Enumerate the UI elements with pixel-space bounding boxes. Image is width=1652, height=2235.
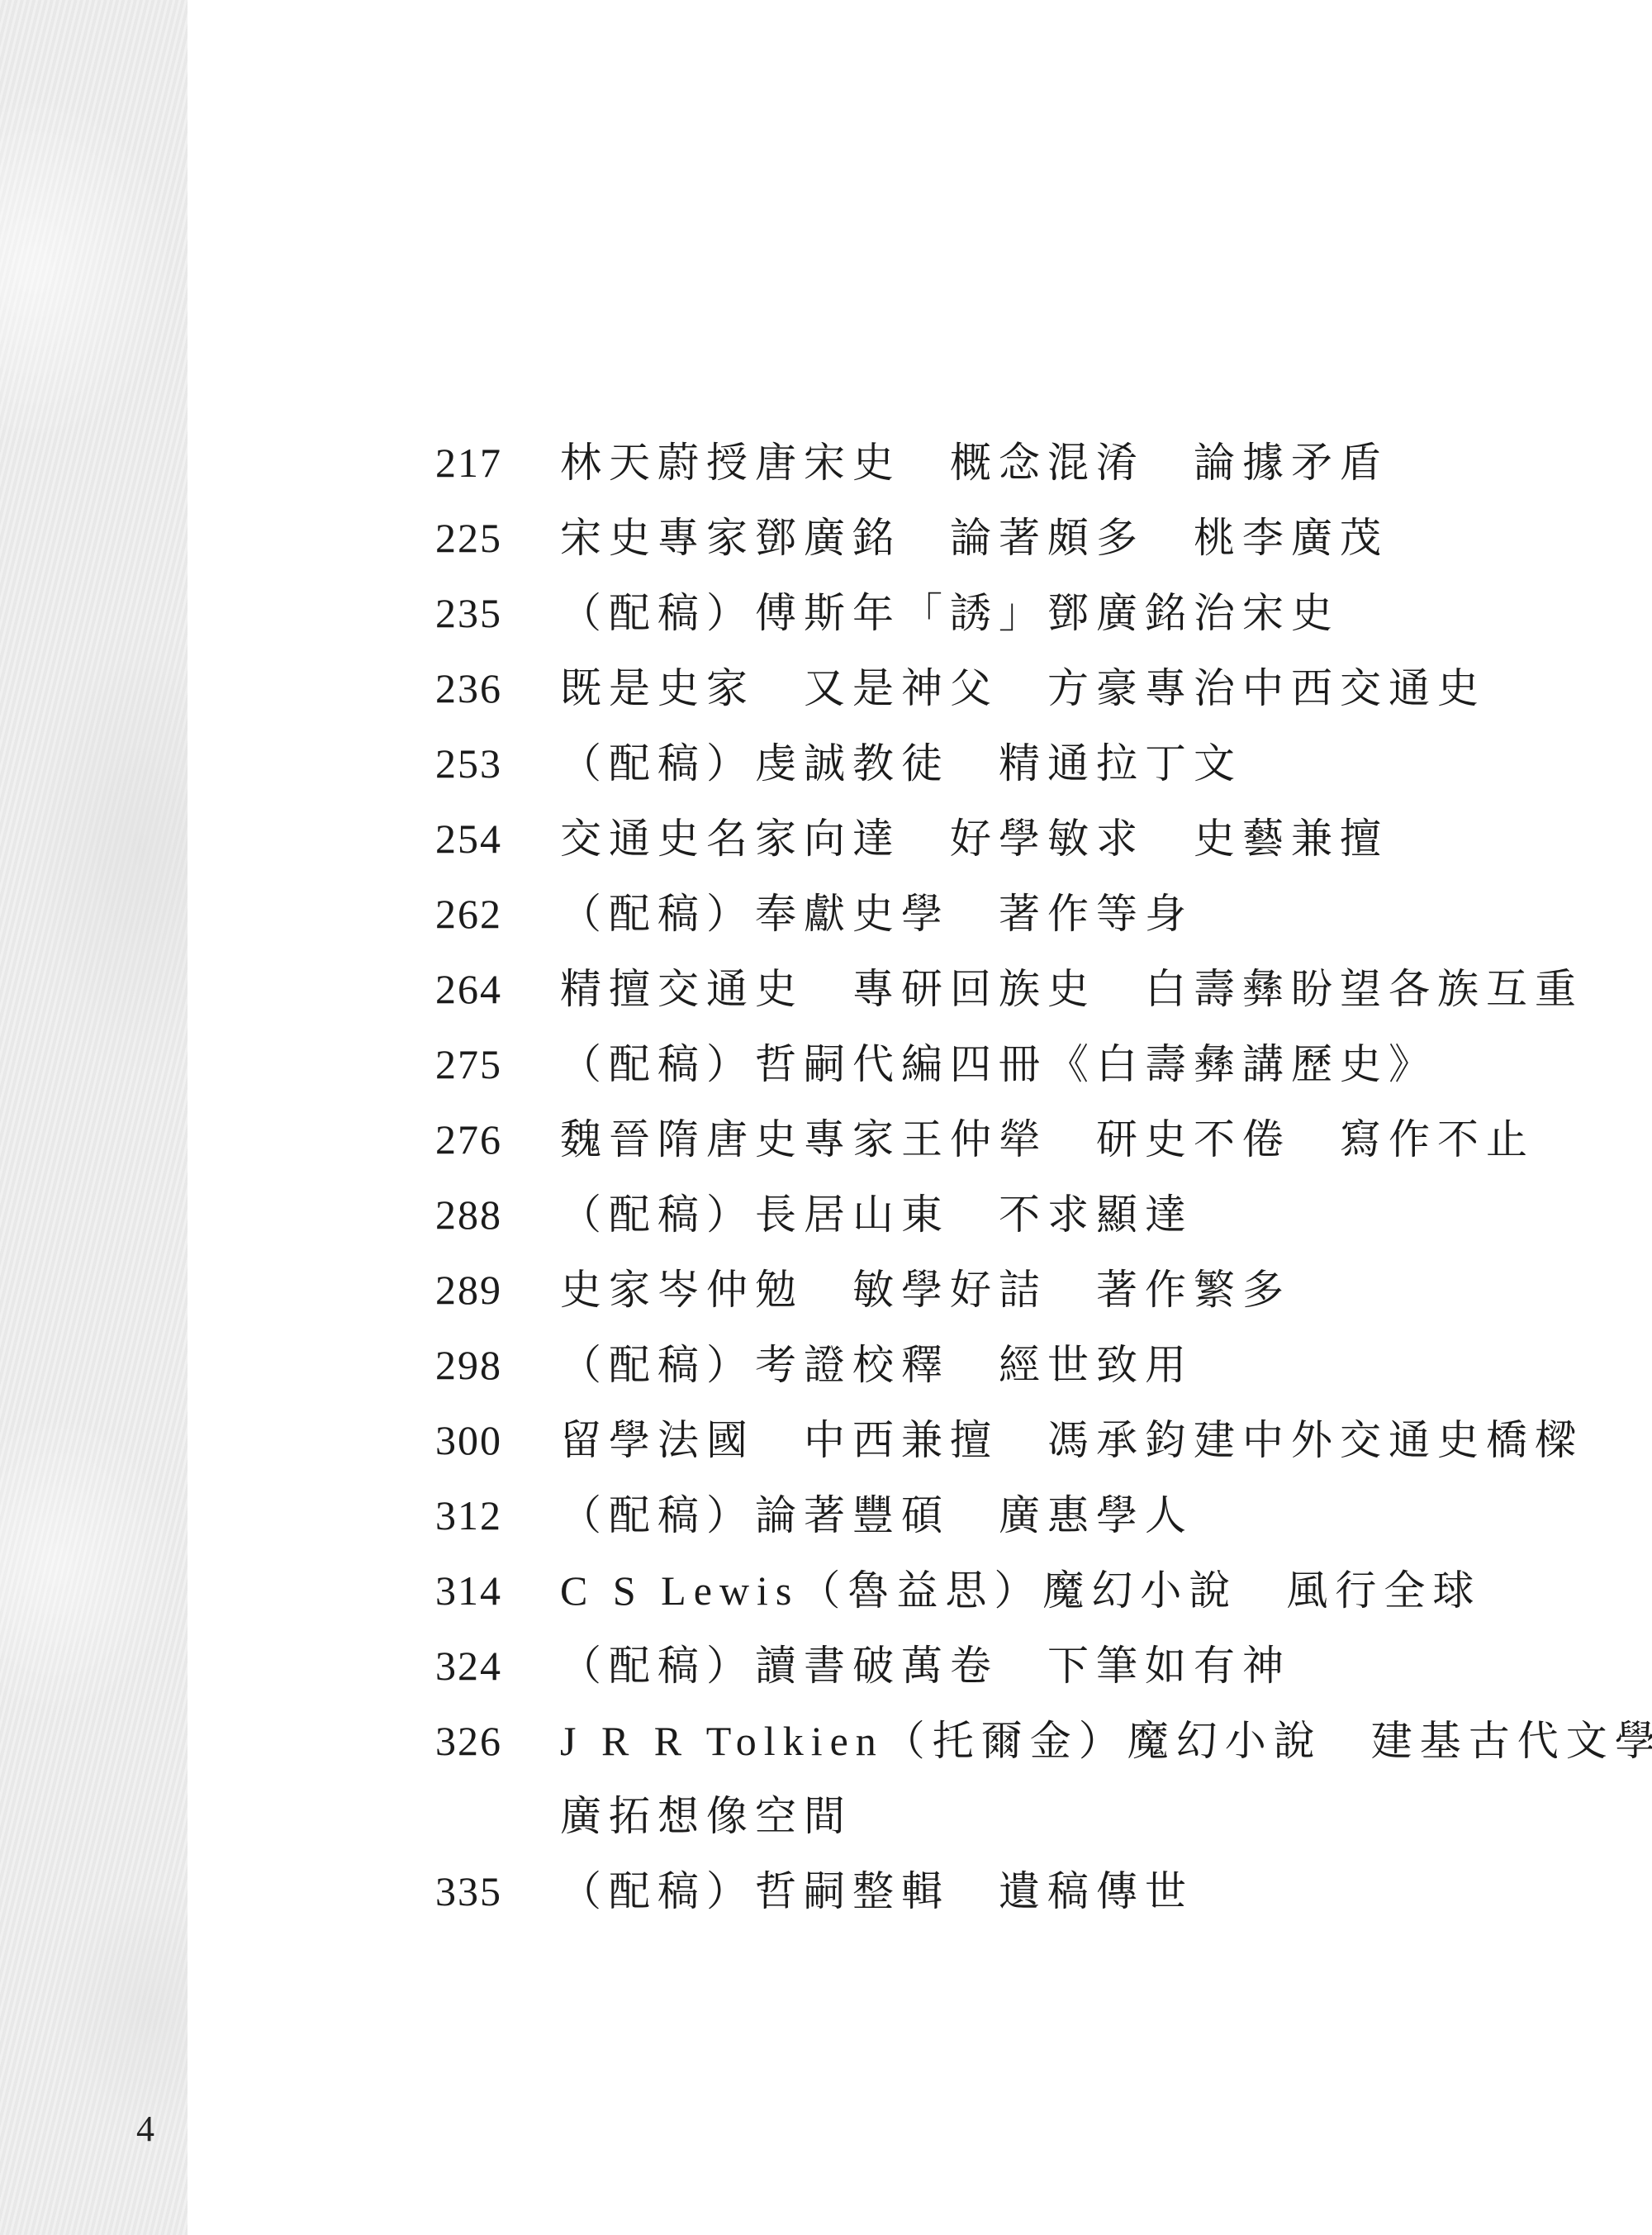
toc-entry: 335 （配稿）哲嗣整輯 遺稿傳世 <box>435 1854 1652 1929</box>
toc-entry-title: 精擅交通史 專研回族史 白壽彝盼望各族互重 <box>560 952 1583 1027</box>
toc-entry-title: J R R Tolkien（托爾金）魔幻小說 建基古代文學 <box>560 1704 1652 1779</box>
toc-entry: 254 交通史名家向達 好學敏求 史藝兼擅 <box>435 801 1652 877</box>
toc-page-number: 326 <box>435 1704 560 1779</box>
toc-entry-title: （配稿）奉獻史學 著作等身 <box>560 877 1194 952</box>
toc-page-number: 217 <box>435 426 560 501</box>
toc-entry-title: （配稿）虔誠教徒 精通拉丁文 <box>560 726 1242 801</box>
toc-entry: 225 宋史專家鄧廣銘 論著頗多 桃李廣茂 <box>435 501 1652 576</box>
toc-entry-title: （配稿）哲嗣整輯 遺稿傳世 <box>560 1854 1194 1929</box>
toc-entry-title: 魏晉隋唐史專家王仲犖 研史不倦 寫作不止 <box>560 1102 1535 1177</box>
page-left-margin-texture <box>0 0 188 2235</box>
toc-entry: 235 （配稿）傅斯年「誘」鄧廣銘治宋史 <box>435 576 1652 651</box>
toc-page-number: 225 <box>435 501 560 576</box>
toc-entry: 324 （配稿）讀書破萬卷 下筆如有神 <box>435 1629 1652 1704</box>
toc-page-number: 298 <box>435 1328 560 1403</box>
toc-entry: 236 既是史家 又是神父 方豪專治中西交通史 <box>435 651 1652 726</box>
toc-list: 217 林天蔚授唐宋史 概念混淆 論據矛盾 225 宋史專家鄧廣銘 論著頗多 桃… <box>435 426 1652 1929</box>
toc-entry-title: 林天蔚授唐宋史 概念混淆 論據矛盾 <box>560 426 1389 501</box>
toc-entry-title: （配稿）傅斯年「誘」鄧廣銘治宋史 <box>560 576 1340 651</box>
toc-entry-title: 史家岑仲勉 敏學好詰 著作繁多 <box>560 1253 1291 1328</box>
toc-entry-title: 交通史名家向達 好學敏求 史藝兼擅 <box>560 801 1389 877</box>
toc-entry: 289 史家岑仲勉 敏學好詰 著作繁多 <box>435 1253 1652 1328</box>
toc-entry: 276 魏晉隋唐史專家王仲犖 研史不倦 寫作不止 <box>435 1102 1652 1177</box>
toc-entry: 262 （配稿）奉獻史學 著作等身 <box>435 877 1652 952</box>
toc-entry-title: C S Lewis（魯益思）魔幻小說 風行全球 <box>560 1553 1481 1629</box>
toc-page-number: 288 <box>435 1177 560 1253</box>
toc-entry: 326 J R R Tolkien（托爾金）魔幻小說 建基古代文學 <box>435 1704 1652 1779</box>
toc-entry-title: 宋史專家鄧廣銘 論著頗多 桃李廣茂 <box>560 501 1389 576</box>
toc-page-number: 314 <box>435 1553 560 1629</box>
toc-entry-title: （配稿）考證校釋 經世致用 <box>560 1328 1194 1403</box>
toc-entry-title: 廣拓想像空間 <box>560 1779 852 1854</box>
toc-page-number: 235 <box>435 576 560 651</box>
toc-page-number: 335 <box>435 1854 560 1929</box>
toc-entry-continuation: 廣拓想像空間 <box>435 1779 1652 1854</box>
toc-entry: 288 （配稿）長居山東 不求顯達 <box>435 1177 1652 1253</box>
toc-entry: 217 林天蔚授唐宋史 概念混淆 論據矛盾 <box>435 426 1652 501</box>
scanned-page: 217 林天蔚授唐宋史 概念混淆 論據矛盾 225 宋史專家鄧廣銘 論著頗多 桃… <box>0 0 1652 2235</box>
toc-entry-title: （配稿）讀書破萬卷 下筆如有神 <box>560 1629 1291 1704</box>
toc-page-number: 289 <box>435 1253 560 1328</box>
toc-page-number: 254 <box>435 801 560 877</box>
folio-page-number: 4 <box>112 2107 178 2152</box>
toc-page-number: 253 <box>435 726 560 801</box>
toc-page-number: 275 <box>435 1027 560 1102</box>
toc-entry-title: （配稿）哲嗣代編四冊《白壽彝講歷史》 <box>560 1027 1437 1102</box>
toc-page-number: 264 <box>435 952 560 1027</box>
toc-entry-title: （配稿）論著豐碩 廣惠學人 <box>560 1478 1194 1553</box>
toc-page-number: 324 <box>435 1629 560 1704</box>
toc-entry: 314 C S Lewis（魯益思）魔幻小說 風行全球 <box>435 1553 1652 1629</box>
toc-entry: 298 （配稿）考證校釋 經世致用 <box>435 1328 1652 1403</box>
toc-entry: 264 精擅交通史 專研回族史 白壽彝盼望各族互重 <box>435 952 1652 1027</box>
toc-entry: 312 （配稿）論著豐碩 廣惠學人 <box>435 1478 1652 1553</box>
toc-entry-title: 既是史家 又是神父 方豪專治中西交通史 <box>560 651 1486 726</box>
toc-page-number: 312 <box>435 1478 560 1553</box>
toc-page-number: 300 <box>435 1403 560 1478</box>
toc-entry: 300 留學法國 中西兼擅 馮承鈞建中外交通史橋樑 <box>435 1403 1652 1478</box>
toc-page-number: 262 <box>435 877 560 952</box>
toc-page-number: 276 <box>435 1102 560 1177</box>
toc-entry-title: （配稿）長居山東 不求顯達 <box>560 1177 1194 1253</box>
toc-entry-title: 留學法國 中西兼擅 馮承鈞建中外交通史橋樑 <box>560 1403 1583 1478</box>
toc-page-number: 236 <box>435 651 560 726</box>
toc-entry: 275 （配稿）哲嗣代編四冊《白壽彝講歷史》 <box>435 1027 1652 1102</box>
toc-entry: 253 （配稿）虔誠教徒 精通拉丁文 <box>435 726 1652 801</box>
